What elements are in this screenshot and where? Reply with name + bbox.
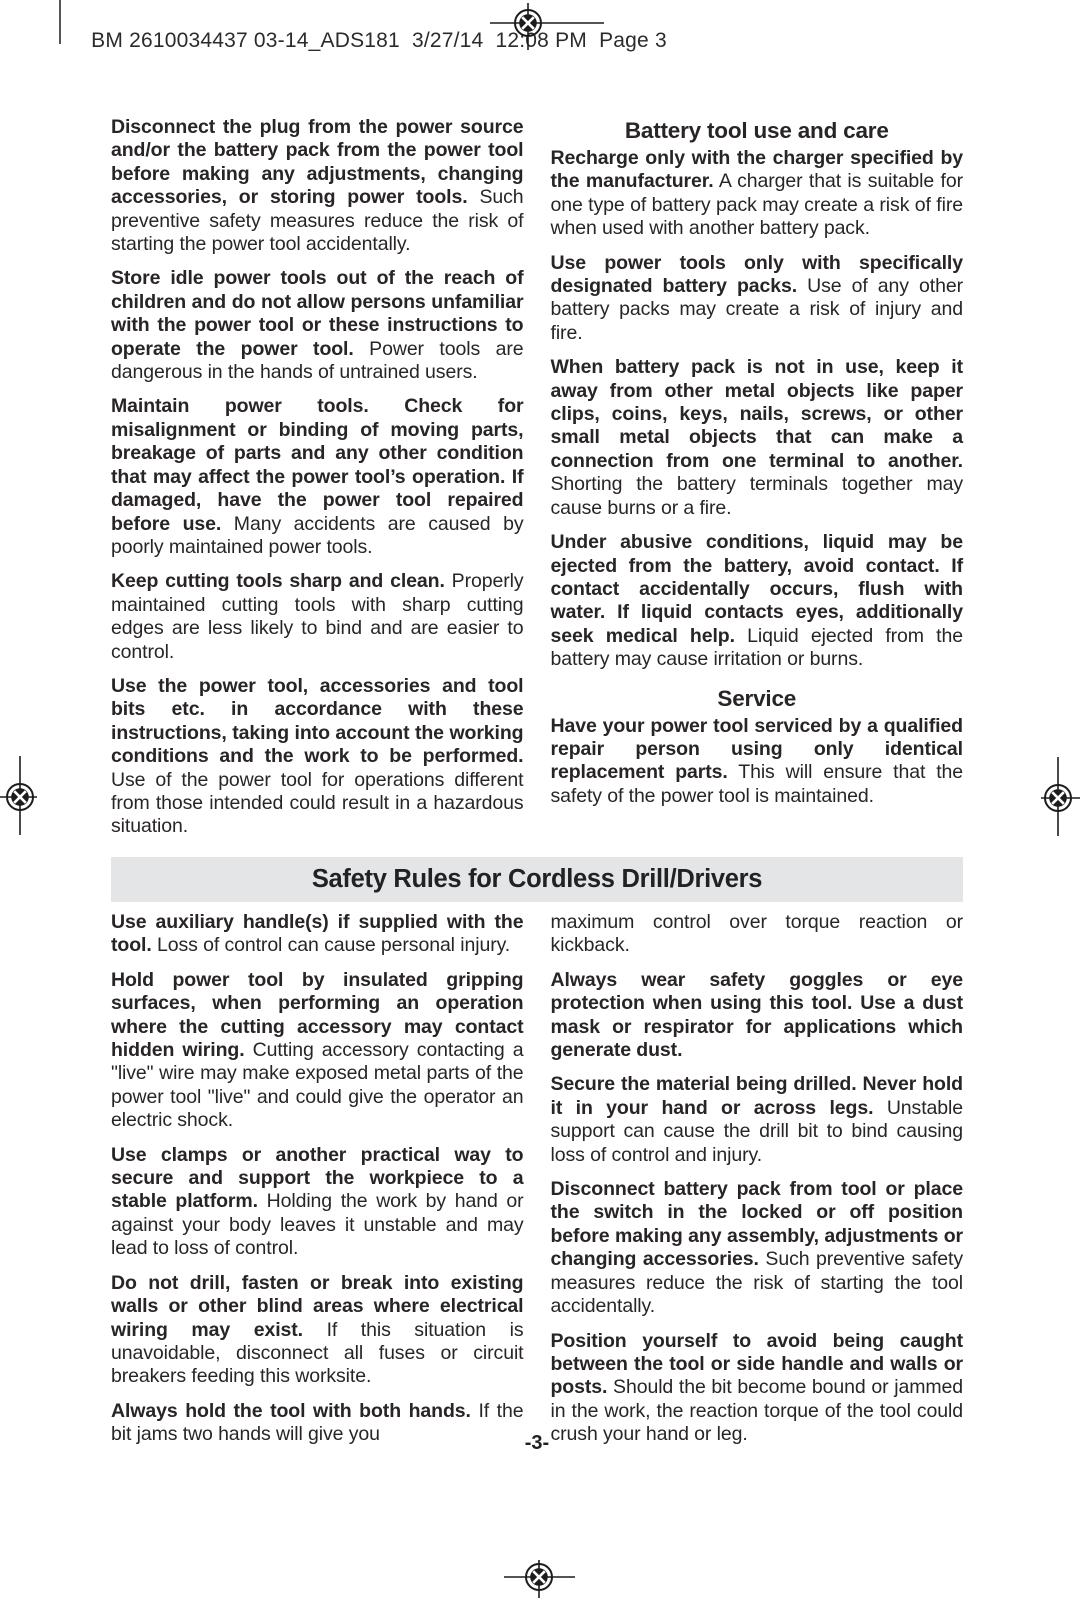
paragraph-body: maximum control over torque reaction or … — [551, 911, 964, 956]
paragraph-lead: Always wear safety goggles or eye protec… — [551, 969, 964, 1061]
column-lower-right: maximum control over torque reaction or … — [551, 911, 964, 1458]
registration-mark-icon — [448, 0, 608, 51]
safety-paragraph: Disconnect the plug from the power sourc… — [111, 116, 524, 256]
safety-paragraph: Keep cutting tools sharp and clean. Prop… — [111, 570, 524, 664]
safety-paragraph: Maintain power tools. Check for misalign… — [111, 395, 524, 559]
paragraph-lead: Always hold the tool with both hands. — [111, 1400, 471, 1422]
safety-paragraph: Always wear safety goggles or eye protec… — [551, 969, 964, 1063]
safety-paragraph: Recharge only with the charger specified… — [551, 147, 964, 241]
section-banner: Safety Rules for Cordless Drill/Drivers — [111, 857, 963, 902]
paragraph-lead: Disconnect the plug from the power sourc… — [111, 116, 524, 208]
paragraph-lead: Use the power tool, accessories and tool… — [111, 675, 524, 767]
registration-mark-icon — [0, 752, 48, 842]
safety-paragraph: Do not drill, fasten or break into exist… — [111, 1272, 524, 1389]
safety-paragraph: Use power tools only with specifically d… — [551, 252, 964, 346]
section-heading-service: Service — [551, 686, 964, 712]
paragraph-body: Use of the power tool for operations dif… — [111, 769, 524, 838]
section-heading-battery: Battery tool use and care — [551, 118, 964, 144]
safety-paragraph: Disconnect battery pack from tool or pla… — [551, 1178, 964, 1318]
column-lower-left: Use auxiliary handle(s) if supplied with… — [111, 911, 524, 1458]
manual-page: BM 2610034437 03-14_ADS181 3/27/14 12:08… — [0, 0, 1080, 1598]
safety-paragraph: maximum control over torque reaction or … — [551, 911, 964, 958]
registration-mark-icon — [1030, 753, 1080, 843]
paragraph-body: Shorting the battery terminals together … — [551, 473, 964, 518]
safety-paragraph: Have your power tool serviced by a quali… — [551, 715, 964, 809]
column-upper-right: Battery tool use and care Recharge only … — [551, 116, 964, 850]
safety-paragraph: Use auxiliary handle(s) if supplied with… — [111, 911, 524, 958]
safety-paragraph: Hold power tool by insulated gripping su… — [111, 969, 524, 1133]
safety-paragraph: Position yourself to avoid being caught … — [551, 1330, 964, 1447]
safety-paragraph: Use clamps or another practical way to s… — [111, 1144, 524, 1261]
safety-paragraph: When battery pack is not in use, keep it… — [551, 356, 964, 520]
safety-paragraph: Under abusive conditions, liquid may be … — [551, 531, 964, 671]
paragraph-lead: When battery pack is not in use, keep it… — [551, 356, 964, 472]
lower-columns: Use auxiliary handle(s) if supplied with… — [111, 911, 963, 1458]
safety-paragraph: Store idle power tools out of the reach … — [111, 267, 524, 384]
safety-paragraph: Secure the material being drilled. Never… — [551, 1073, 964, 1167]
crop-mark — [59, 0, 61, 44]
column-upper-left: Disconnect the plug from the power sourc… — [111, 116, 524, 850]
banner-title: Safety Rules for Cordless Drill/Drivers — [312, 865, 762, 894]
safety-paragraph: Use the power tool, accessories and tool… — [111, 675, 524, 839]
paragraph-body: Loss of control can cause personal injur… — [152, 934, 510, 956]
upper-columns: Disconnect the plug from the power sourc… — [111, 116, 963, 850]
paragraph-lead: Keep cutting tools sharp and clean. — [111, 570, 445, 592]
page-number: -3- — [111, 1432, 963, 1455]
registration-mark-icon — [459, 1555, 619, 1598]
